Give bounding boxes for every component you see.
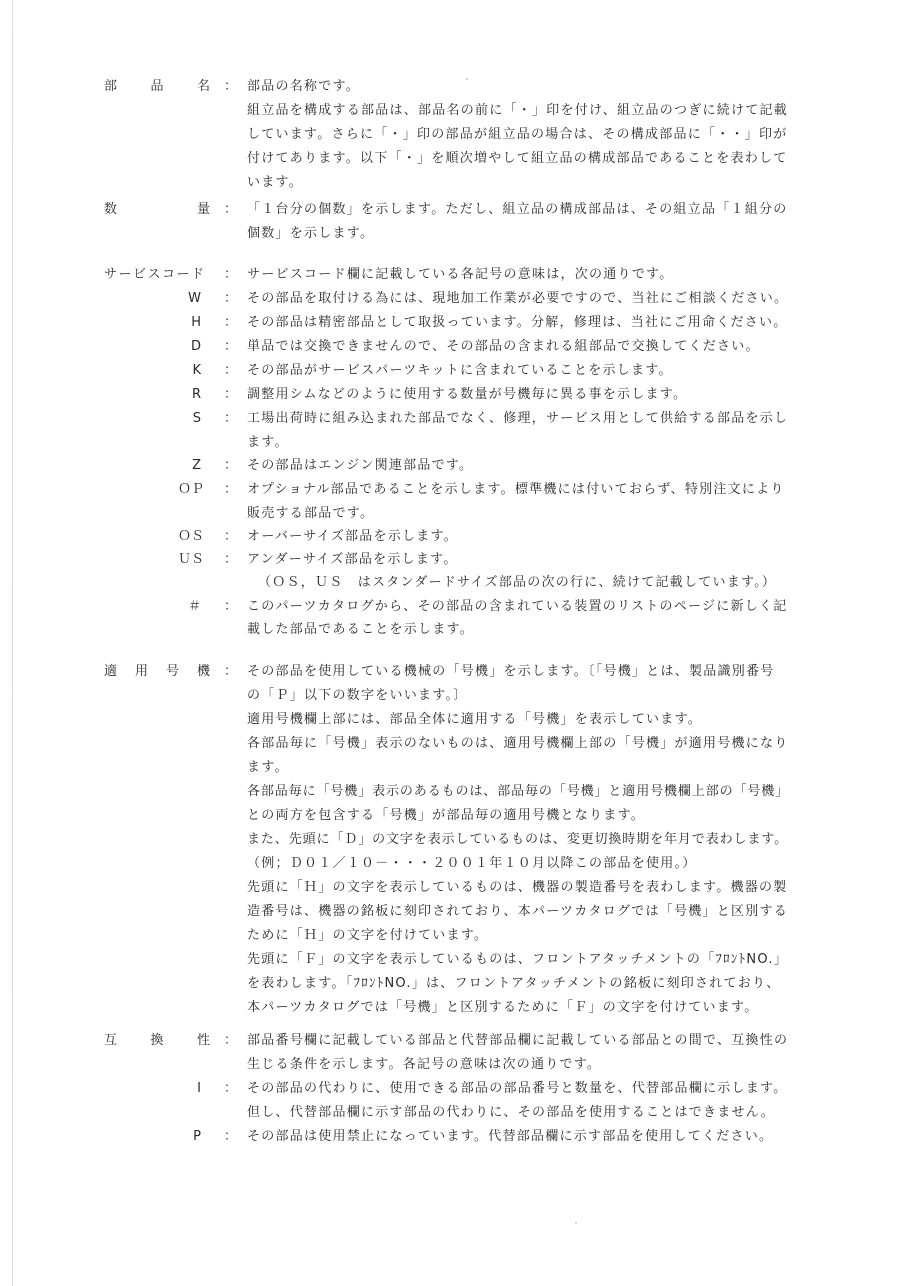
definition-line: 適用号機欄上部には、部品全体に適用する「号機」を表示しています。 — [247, 709, 702, 731]
definition-line: しています。さらに「・」印の部品が組立品の場合は、その構成部品に「・・」印が — [247, 124, 787, 146]
colon-separator: ： — [224, 360, 234, 382]
code-label-z: Z — [160, 455, 204, 477]
term-label: 部 品 名 — [104, 76, 210, 98]
colon-separator: ： — [224, 312, 234, 334]
label-char: 機 — [197, 661, 210, 683]
definition-line: ます。 — [247, 757, 289, 779]
label-char: 名 — [197, 76, 210, 98]
definition-line: その部品を使用している機械の「号機」を示します。〔「号機」とは、製品識別番号 — [247, 661, 774, 683]
term-label: 互 換 性 — [104, 1030, 210, 1052]
definition-line: その部品を取付ける為には、現地加工作業が必要ですので、当社にご相談ください。 — [247, 288, 788, 310]
definition-line: このパーツカタログから、その部品の含まれている装置のリストのページに新しく記 — [247, 596, 787, 618]
colon-separator: ： — [224, 455, 234, 477]
definition-line: 生じる条件を示します。各記号の意味は次の通りです。 — [247, 1054, 601, 1076]
definition-line: の「Ｐ」以下の数字をいいます。〕 — [247, 685, 467, 707]
definition-line: 調整用シムなどのように使用する数量が号機毎に異る事を示します。 — [247, 384, 687, 406]
colon-separator: ： — [224, 549, 234, 571]
code-label-os: ＯＳ — [160, 526, 204, 548]
colon-separator: ： — [224, 479, 234, 501]
term-label: 適 用 号 機 — [104, 661, 210, 683]
definition-line: 「１台分の個数」を示します。ただし、組立品の構成部品は、その組立品「１組分の — [247, 199, 787, 221]
definition-line: 造番号は、機器の銘板に刻印されており、本パーツカタログでは「号機」と区別する — [247, 901, 788, 923]
definition-line: オーバーサイズ部品を示します。 — [247, 526, 458, 548]
label-char: 品 — [150, 76, 163, 98]
label-char: 数 — [104, 199, 117, 221]
colon-separator: ： — [224, 1126, 234, 1148]
definition-line: アンダーサイズ部品を示します。 — [247, 549, 458, 571]
definition-line: 組立品を構成する部品は、部品名の前に「・」印を付け、組立品のつぎに続けて記載 — [247, 100, 788, 122]
code-label-d: D — [160, 336, 204, 358]
code-label-s: S — [160, 408, 204, 430]
colon-separator: ： — [224, 526, 234, 548]
colon-separator: ： — [224, 1078, 234, 1100]
label-char: 用 — [135, 661, 148, 683]
definition-line: その部品がサービスパーツキットに含まれていることを示します。 — [247, 360, 673, 382]
label-char: 性 — [197, 1030, 210, 1052]
definition-line: ます。 — [247, 432, 289, 454]
definition-note: （ＯＳ，ＵＳ はスタンダードサイズ部品の次の行に、続けて記載しています。） — [258, 572, 776, 594]
label-char: 量 — [197, 199, 210, 221]
definition-line: 各部品毎に「号機」表示のないものは、適用号機欄上部の「号機」が適用号機になり — [247, 733, 789, 755]
code-label-hash: ＃ — [160, 596, 204, 618]
code-label-r: R — [160, 384, 204, 406]
definition-line: その部品は使用禁止になっています。代替部品欄に示す部品を使用してください。 — [247, 1126, 773, 1148]
definition-line: 販売する部品です。 — [247, 503, 374, 525]
colon-separator: ： — [224, 596, 234, 618]
definition-line: 各部品毎に「号機」表示のあるものは、部品毎の「号機」と適用号機欄上部の「号機」 — [247, 781, 789, 803]
code-label-i: I — [160, 1078, 204, 1100]
definition-line: 先頭に「Ｆ」の文字を表示しているものは、フロントアタッチメントの「ﾌﾛﾝﾄNO.… — [247, 949, 788, 971]
definition-line: 工場出荷時に組み込まれた部品でなく、修理，サービス用として供給する部品を示し — [247, 408, 788, 430]
definition-line: その部品は精密部品として取扱っています。分解，修理は、当社にご用命ください。 — [247, 312, 787, 334]
definition-line: （例；Ｄ０１／１０－・・・２００１年１０月以降この部品を使用。） — [247, 853, 697, 875]
colon-separator: ： — [224, 264, 234, 286]
definition-line: 但し、代替部品欄に示す部品の代わりに、その部品を使用することはできません。 — [247, 1102, 775, 1124]
code-label-w: W — [160, 288, 204, 310]
colon-separator: ： — [224, 76, 234, 98]
colon-separator: ： — [224, 661, 234, 683]
code-label-h: H — [160, 312, 204, 334]
code-label-us: ＵＳ — [160, 549, 204, 571]
colon-separator: ： — [224, 1030, 234, 1052]
definition-line: 部品番号欄に記載している部品と代替部品欄に記載している部品との間で、互換性の — [247, 1030, 788, 1052]
definition-line: その部品はエンジン関連部品です。 — [247, 455, 473, 477]
definition-line: その部品の代わりに、使用できる部品の部品番号と数量を、代替部品欄に示します。 — [247, 1078, 787, 1100]
definition-line: 部品の名称です。 — [247, 76, 360, 98]
definition-line: との両方を包含する「号機」が部品毎の適用号機となります。 — [247, 805, 645, 827]
definition-line: を表わします。「ﾌﾛﾝﾄNO.」は、フロントアタッチメントの銘板に刻印されており… — [247, 973, 780, 995]
code-label-op: ＯＰ — [160, 479, 204, 501]
term-label: サービスコード — [104, 264, 214, 286]
label-char: 号 — [166, 661, 179, 683]
definition-line: 付けてあります。以下「・」を順次増やして組立品の構成部品であることを表わして — [247, 148, 787, 170]
definition-line: 単品では交換できませんので、その部品の含まれる組部品で交換してください。 — [247, 336, 760, 358]
label-char: 換 — [150, 1030, 163, 1052]
definition-line: 本パーツカタログでは「号機」と区別するために「Ｆ」の文字を付けています。 — [247, 997, 758, 1019]
colon-separator: ： — [224, 288, 234, 310]
colon-separator: ： — [224, 336, 234, 358]
label-char: 適 — [104, 661, 117, 683]
definition-line: 個数」を示します。 — [247, 223, 374, 245]
definition-line: います。 — [247, 172, 303, 194]
term-label: 数 量 — [104, 199, 210, 221]
code-label-k: K — [160, 360, 204, 382]
label-char: 部 — [104, 76, 117, 98]
definition-line: 載した部品であることを示します。 — [247, 619, 474, 641]
definition-line: ために「Ｈ」の文字を付けています。 — [247, 925, 488, 947]
scan-speck — [575, 1222, 577, 1224]
definition-line: サービスコード欄に記載している各記号の意味は，次の通りです。 — [247, 264, 673, 286]
definition-line: 先頭に「Ｈ」の文字を表示しているものは、機器の製造番号を表わします。機器の製 — [247, 877, 787, 899]
definition-line: オプショナル部品であることを示します。標準機には付いておらず、特別注文により — [247, 479, 785, 501]
code-label-p: P — [160, 1126, 204, 1148]
colon-separator: ： — [224, 199, 234, 221]
colon-separator: ： — [224, 384, 234, 406]
colon-separator: ： — [224, 408, 234, 430]
label-char: 互 — [104, 1030, 117, 1052]
definition-line: また、先頭に「Ｄ」の文字を表示しているものは、変更切換時期を年月で表わします。 — [247, 829, 788, 851]
